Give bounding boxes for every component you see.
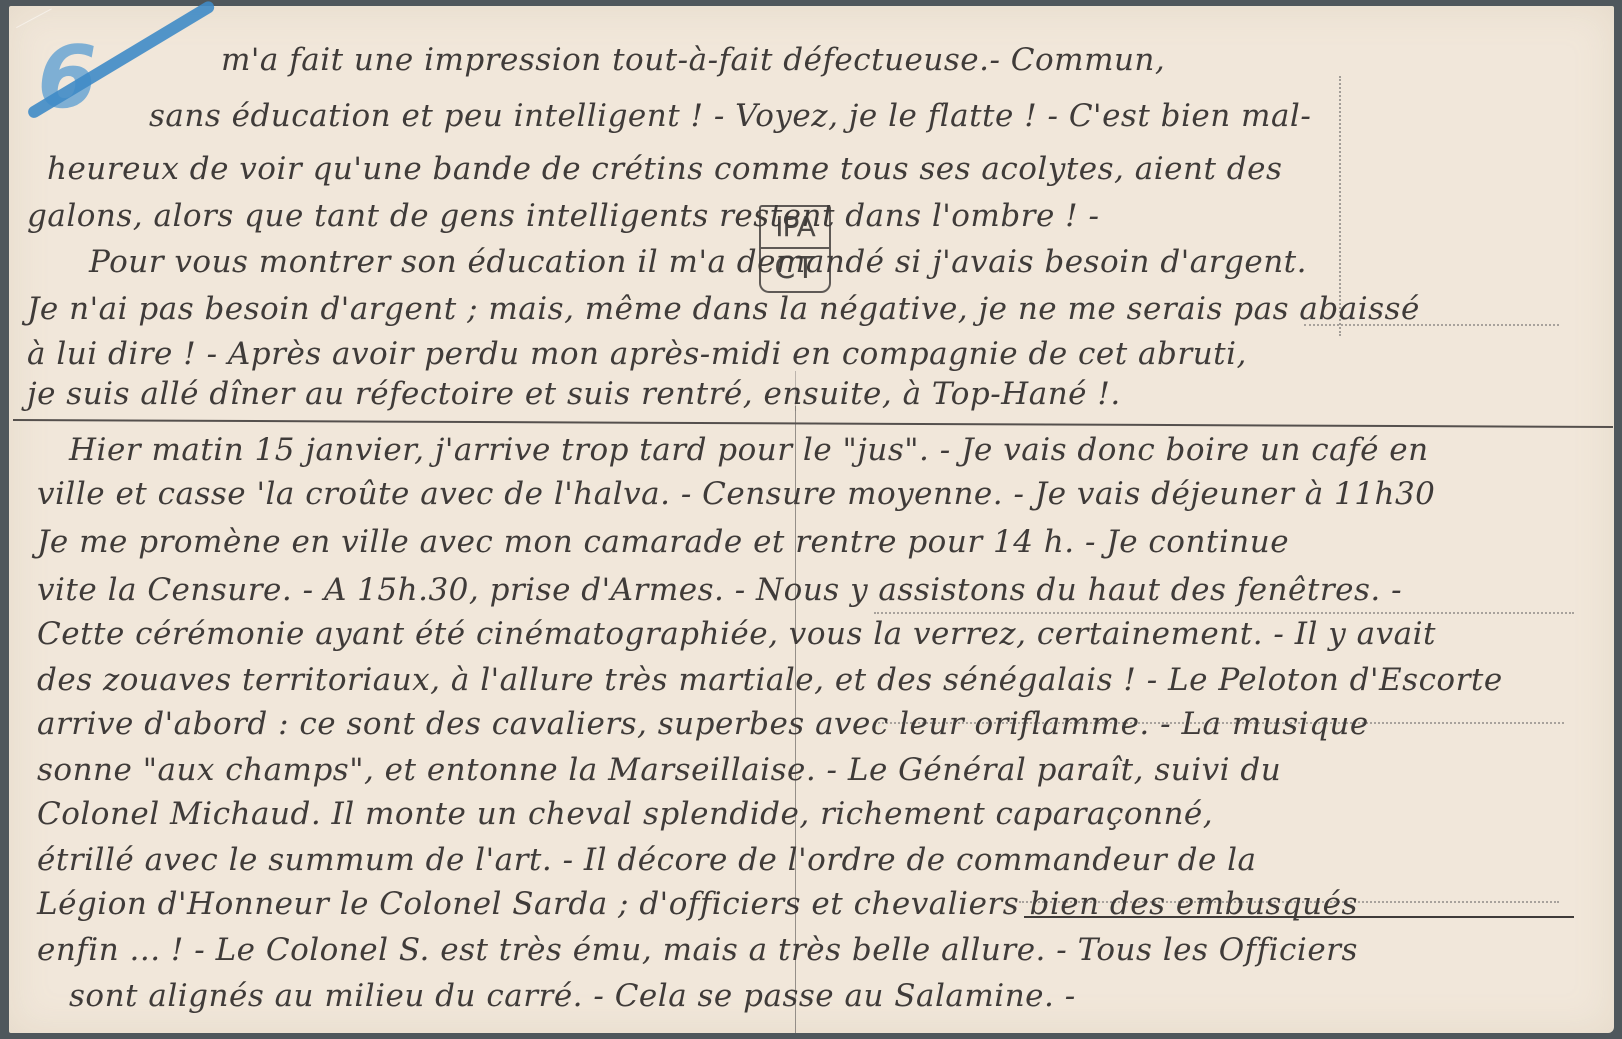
handwritten-line: Hier matin 15 janvier, j'arrive trop tar… [69, 432, 1429, 468]
image-frame: 6 IPA CT m'a fait une impression tout-à-… [0, 0, 1622, 1039]
handwritten-line: Je me promène en ville avec mon camarade… [37, 524, 1289, 560]
handwritten-line: Colonel Michaud. Il monte un cheval sple… [37, 796, 1213, 832]
handwritten-line: des zouaves territoriaux, à l'allure trè… [37, 662, 1503, 698]
postcard: 6 IPA CT m'a fait une impression tout-à-… [9, 6, 1614, 1033]
handwritten-line: sont alignés au milieu du carré. - Cela … [69, 978, 1076, 1014]
bottom-section: Hier matin 15 janvier, j'arrive trop tar… [9, 6, 1614, 1033]
handwritten-line: étrillé avec le summum de l'art. - Il dé… [37, 842, 1257, 878]
handwritten-line: enfin ... ! - Le Colonel S. est très ému… [37, 932, 1358, 968]
handwritten-line: vite la Censure. - A 15h.30, prise d'Arm… [37, 572, 1402, 608]
handwritten-line: sonne "aux champs", et entonne la Marsei… [37, 752, 1281, 788]
handwritten-line: Cette cérémonie ayant été cinématographi… [37, 616, 1436, 652]
strikethrough-line [1024, 916, 1574, 918]
handwritten-line: arrive d'abord : ce sont des cavaliers, … [37, 706, 1369, 742]
handwritten-line: ville et casse 'la croûte avec de l'halv… [37, 476, 1435, 512]
